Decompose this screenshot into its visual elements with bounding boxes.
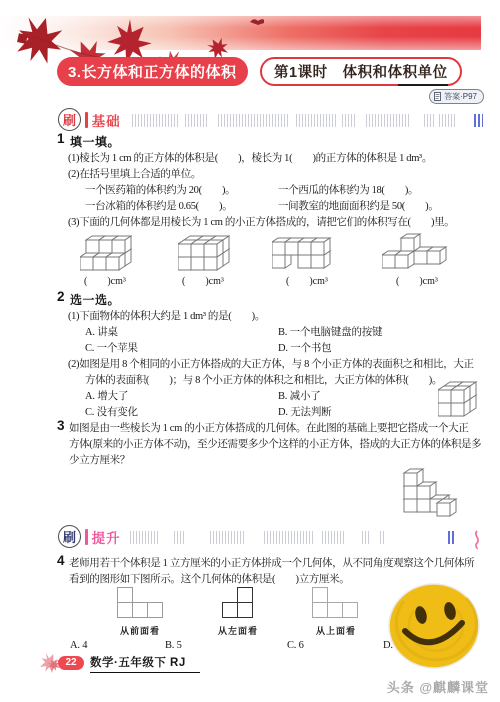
section-advanced-label: 提升 (92, 527, 121, 547)
view-left-label: 从左面看 (208, 624, 268, 637)
pink-trim-mark (472, 530, 482, 550)
section-basic: 刷 基础 (58, 108, 121, 131)
staircase-figure (398, 462, 458, 520)
section-bar (85, 529, 88, 545)
q2-part2-option-d: D. 无法判断 (278, 404, 331, 419)
q2-part2-option-a: A. 增大了 (85, 388, 128, 403)
brush-icon: 刷 (58, 108, 81, 131)
q2-option-b: B. 一个电脑键盘的按键 (278, 324, 382, 339)
q1-title: 填一填。 (70, 133, 120, 150)
brush-icon: 刷 (58, 525, 81, 548)
q4-line2: 看到的图形如下图所示。这个几何体的体积是( )立方厘米。 (69, 571, 349, 586)
figure-caption-3: ( )cm³ (286, 272, 328, 287)
q3-number: 3 (57, 418, 65, 433)
q2-part2-option-b: B. 减小了 (278, 388, 321, 403)
smiley-sticker (388, 583, 482, 671)
print-through-text (132, 114, 483, 127)
q2-number: 2 (57, 289, 65, 304)
q1-item-2: 一个西瓜的体积约为 18( )。 (278, 182, 418, 197)
footer-edition: 数学·五年级下 RJ (90, 654, 200, 673)
q2-option-a: A. 讲桌 (85, 324, 118, 339)
q3-line1: 如图是由一些棱长为 1 cm 的小正方体搭成的几何体。在此图的基础上要把它搭成一… (69, 420, 468, 435)
q1-item-1: 一个医药箱的体积约为 20( )。 (85, 182, 235, 197)
cube-figure-1 (80, 222, 132, 272)
figure-caption-1: ( )cm³ (84, 272, 126, 287)
cube-figure-4 (382, 228, 448, 270)
q2-option-c: C. 一个苹果 (85, 340, 138, 355)
q3-line2: 方体(原来的小正方体不动)，至少还需要多少个这样的小正方体，搭成的大正方体的体积… (69, 436, 481, 451)
q4-option-c: C. 6 (287, 640, 304, 651)
cube-figure-3 (272, 228, 332, 270)
chapter-title: 3.长方体和正方体的体积 (57, 57, 248, 86)
q1-item-3: 一台冰箱的体积约是 0.65( )。 (85, 198, 232, 213)
q4-option-b: B. 5 (165, 640, 182, 651)
q2-part2-line1: (2)如图是用 8 个相同的小正方体搭成的大正方体，与 8 个小正方体的表面积之… (68, 356, 474, 371)
page-number-badge: 22 (58, 656, 84, 670)
q4-option-a: A. 4 (70, 640, 87, 651)
answer-ref-badge: 答案·P97 (429, 89, 484, 104)
figure-caption-4: ( )cm³ (396, 272, 438, 287)
q1-number: 1 (57, 131, 65, 146)
workbook-page: 3.长方体和正方体的体积 第1课时 体积和体积单位 答案·P97 刷 基础 1 … (0, 0, 500, 702)
q4-number: 4 (57, 553, 65, 568)
view-top-figure (312, 587, 360, 620)
q2-option-d: D. 一个书包 (278, 340, 331, 355)
view-top-label: 从上面看 (306, 624, 366, 637)
q2-part1: (1)下面物体的体积大约是 1 dm³ 的是( )。 (68, 308, 265, 323)
section-bar (85, 112, 88, 128)
view-front-figure (117, 587, 165, 620)
lesson-title-underline (398, 84, 448, 86)
q1-part2: (2)在括号里填上合适的单位。 (68, 166, 201, 181)
q3-line3: 少立方厘米？ (69, 452, 130, 467)
cube-figure-2 (178, 222, 230, 272)
q4-line1: 老师用若干个体积是 1 立方厘米的小正方体拼成一个几何体，从不同角度观察这个几何… (69, 555, 474, 570)
cube-2x2-figure (438, 372, 478, 418)
q1-item-4: 一间教室的地面面积约是 50( )。 (278, 198, 438, 213)
section-basic-label: 基础 (92, 110, 121, 130)
q2-part2-line2: 方体的表面积( )；与 8 个小正方体的体积之和相比，大正方体的体积( )。 (85, 372, 442, 387)
q2-title: 选一选。 (70, 291, 120, 308)
section-advanced: 刷 提升 (58, 525, 121, 548)
watermark: 头条 @麒麟课堂 (387, 677, 489, 696)
document-icon (434, 92, 441, 101)
footer-leaf-icon (40, 653, 60, 673)
q2-part2-option-c: C. 没有变化 (85, 404, 138, 419)
view-front-label: 从前面看 (110, 624, 170, 637)
q1-part1: (1)棱长为 1 cm 的正方体的体积是( )，棱长为 1( )的正方体的体积是… (68, 150, 432, 165)
answer-ref-text: 答案·P97 (444, 91, 477, 102)
figure-caption-2: ( )cm³ (182, 272, 224, 287)
print-through-text (130, 531, 456, 544)
view-left-figure (222, 587, 255, 620)
lesson-title: 第1课时 体积和体积单位 (260, 57, 462, 86)
